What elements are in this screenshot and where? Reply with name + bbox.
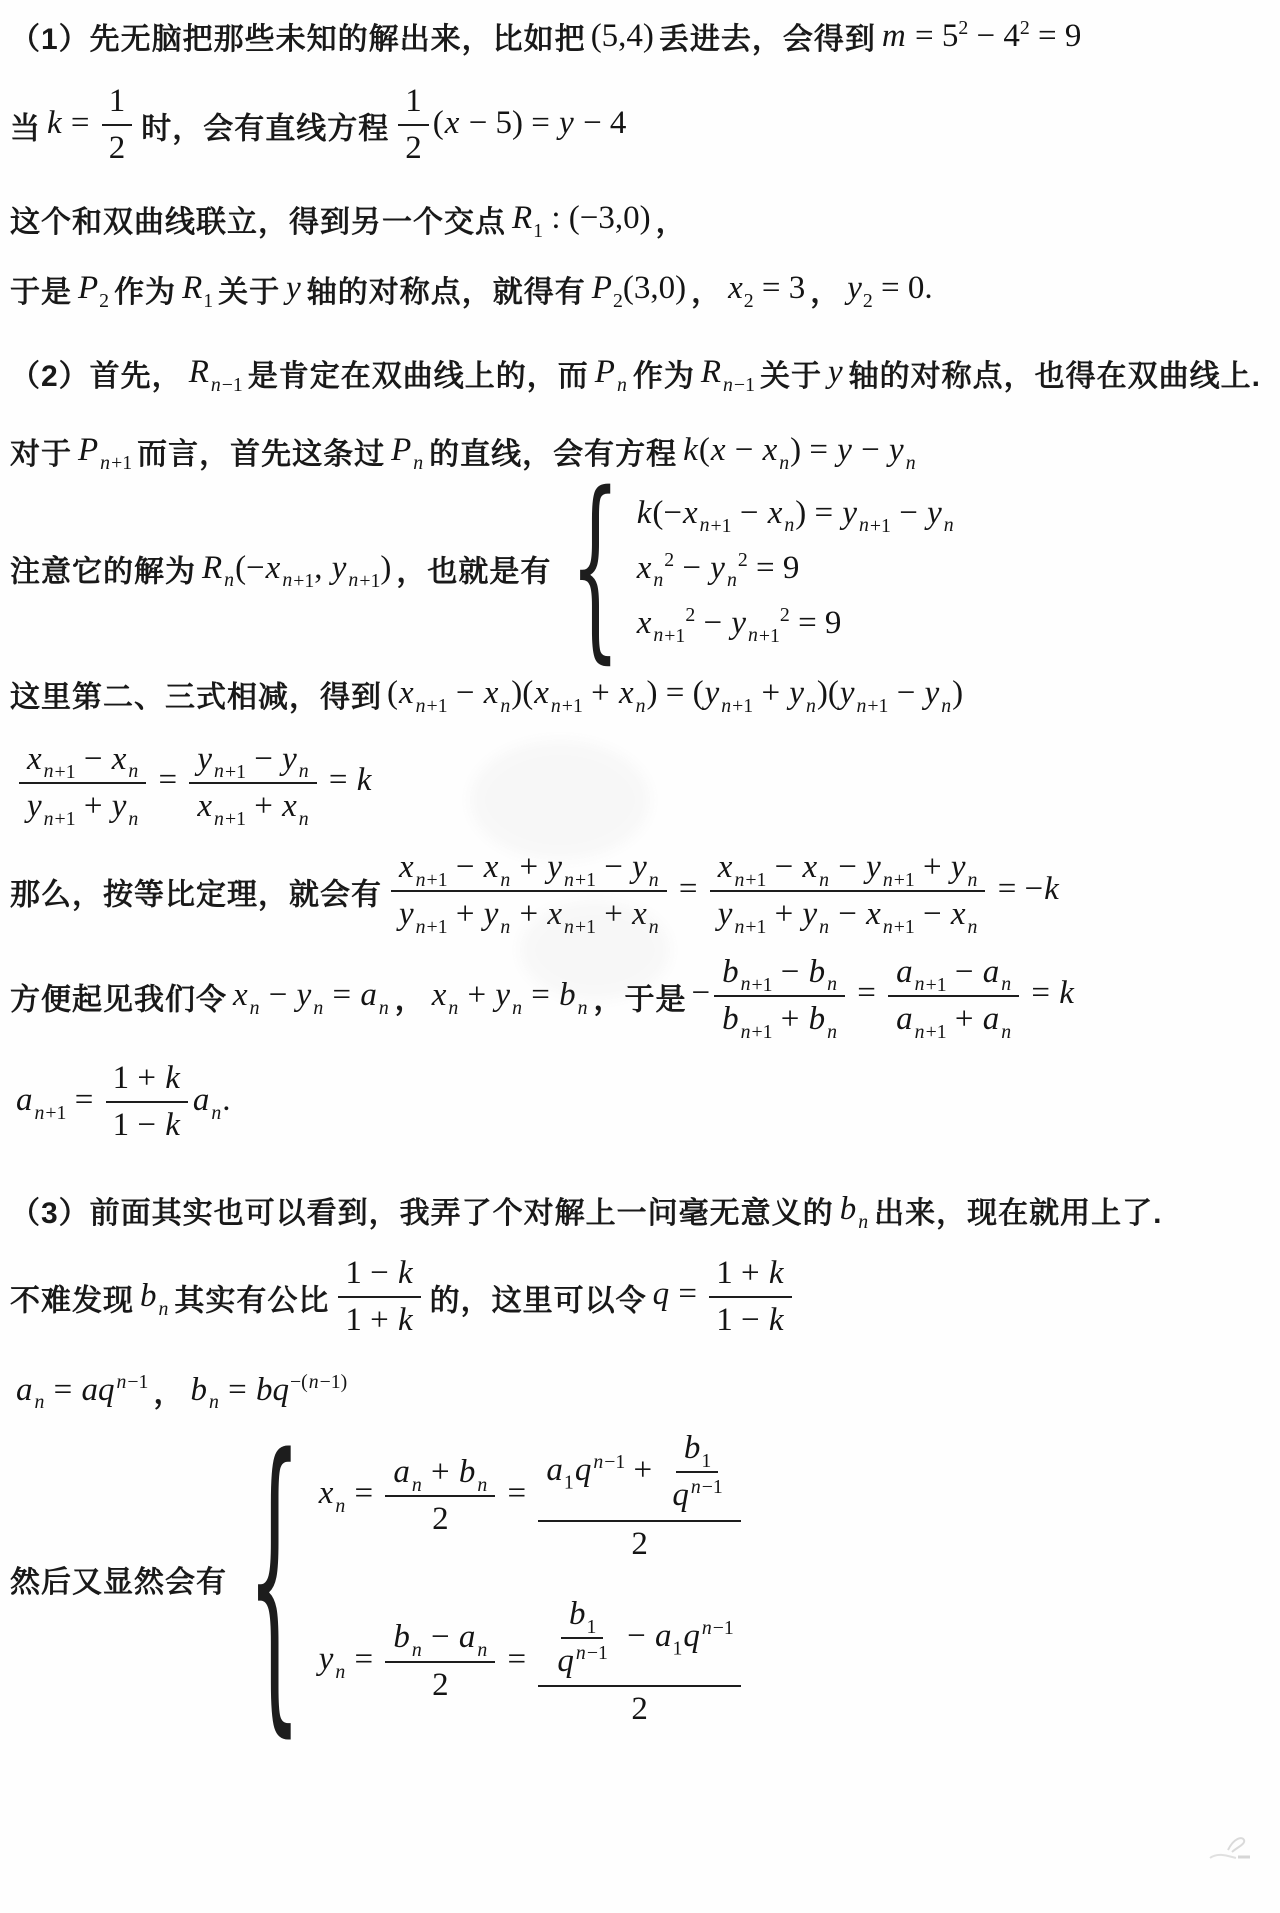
line-general-terms: an = aqn−1，bn = bq−(n−1): [10, 1368, 1266, 1412]
math-expression: x2 = 3: [727, 270, 805, 306]
left-brace-icon: [247, 1435, 301, 1722]
math-expression: 12(x − 5) = y − 4: [394, 105, 626, 141]
text-run: 当: [10, 112, 41, 145]
text-run: 而言，首先这条过: [137, 438, 385, 471]
text-run: 这里第二、三式相减，得到: [10, 681, 382, 714]
text-run: ，: [691, 276, 722, 309]
text-run: 作为: [633, 360, 695, 393]
left-brace-icon: [571, 479, 621, 657]
faint-watermark-blob: [520, 900, 670, 1000]
math-expression: m = 52 − 42 = 9: [881, 18, 1082, 54]
text-run: 是肯定在双曲线上的，而: [248, 360, 589, 393]
math-expression: Pn: [594, 354, 628, 390]
line-slope-equation: 当k = 12时，会有直线方程12(x − 5) = y − 4: [10, 80, 1266, 171]
math-expression: q = 1 + k1 − k: [652, 1276, 796, 1312]
text-run: 这个和双曲线联立，得到另一个交点: [10, 206, 506, 239]
text-run: 于是: [10, 276, 72, 309]
text-run: （1）先无脑把那些未知的解出来，比如把: [10, 23, 586, 56]
math-expression: an = aqn−1: [15, 1372, 148, 1408]
text-run: 方便起见我们令: [10, 983, 227, 1016]
line-equation-system: 注意它的解为Rn(−xn+1, yn+1)，也就是有k(−xn+1 − xn) …: [10, 495, 1266, 642]
equation-system: xn = an + bn2 = a1qn−1 + b1qn−12yn = bn …: [233, 1426, 745, 1732]
text-run: （3）前面其实也可以看到，我弄了个对解上一问毫无意义的: [10, 1197, 834, 1230]
text-run: ，: [153, 1377, 184, 1410]
text-run: 的直线，会有方程: [429, 438, 677, 471]
math-expression: xn − yn = an: [232, 977, 390, 1013]
math-expression: k(x − xn) = y − yn: [682, 432, 916, 468]
equation-system: k(−xn+1 − xn) = yn+1 − ynxn2 − yn2 = 9xn…: [557, 495, 954, 642]
text-run: 时，会有直线方程: [141, 112, 389, 145]
text-run: 那么，按等比定理，就会有: [10, 878, 382, 911]
math-expression: Rn(−xn+1, yn+1): [201, 550, 391, 586]
line-part1-intro: （1）先无脑把那些未知的解出来，比如把(5,4)丢进去，会得到m = 52 − …: [10, 14, 1266, 58]
math-expression: Pn: [390, 432, 424, 468]
line-final-system: 然后又显然会有xn = an + bn2 = a1qn−1 + b1qn−12y…: [10, 1426, 1266, 1732]
math-expression: xn+1 − xn + yn+1 − ynyn+1 + yn + xn+1 + …: [387, 871, 1060, 907]
math-expression: k = 12: [46, 105, 136, 141]
watermark-scribble: [1198, 1828, 1258, 1868]
text-run: 轴的对称点，也得在双曲线上.: [849, 360, 1261, 393]
text-run: 作为: [114, 276, 176, 309]
math-expression: y2 = 0.: [846, 270, 932, 306]
text-run: ，: [810, 276, 841, 309]
math-equation: xn2 − yn2 = 9: [636, 550, 955, 587]
math-expression: bn: [839, 1191, 869, 1227]
math-expression: Rn−1: [700, 354, 755, 390]
text-run: 其实有公比: [174, 1284, 329, 1317]
math-expression: P2(3,0): [591, 270, 686, 306]
line-subtract-equations: 这里第二、三式相减，得到(xn+1 − xn)(xn+1 + xn) = (yn…: [10, 672, 1266, 716]
math-expression: Pn+1: [77, 432, 132, 468]
math-expression: bn: [139, 1278, 169, 1314]
math-equation: xn = an + bn2 = a1qn−1 + b1qn−12: [318, 1426, 745, 1566]
line-symmetric-point: 于是P2作为R1关于y轴的对称点，就得有P2(3,0)，x2 = 3，y2 = …: [10, 267, 1266, 311]
math-equation: xn+12 − yn+12 = 9: [636, 605, 955, 642]
math-expression: 1 − k1 + k: [334, 1276, 424, 1312]
text-run: ，也就是有: [396, 555, 551, 588]
text-run: 不难发现: [10, 1284, 134, 1317]
text-run: ，: [656, 206, 687, 239]
math-expression: R1: [181, 270, 213, 306]
math-equation: an+1 = 1 + k1 − kan.: [15, 1082, 230, 1118]
text-run: 轴的对称点，就得有: [307, 276, 586, 309]
math-expression: R1 : (−3,0): [511, 200, 651, 236]
math-expression: (5,4): [591, 18, 654, 54]
math-expression: y: [827, 354, 844, 390]
math-expression: −bn+1 − bnbn+1 + bn = an+1 − anan+1 + an…: [691, 975, 1074, 1011]
line-part2-intro: （2）首先，Rn−1是肯定在双曲线上的，而Pn作为Rn−1关于y轴的对称点，也得…: [10, 351, 1266, 395]
text-run: 注意它的解为: [10, 555, 196, 588]
line-recurrence: an+1 = 1 + k1 − kan.: [10, 1057, 1266, 1148]
line-line-equation: 对于Pn+1而言，首先这条过Pn的直线，会有方程k(x − xn) = y − …: [10, 429, 1266, 473]
text-run: 然后又显然会有: [10, 1566, 227, 1599]
text-run: 出来，现在就用上了.: [874, 1197, 1162, 1230]
math-equation: k(−xn+1 − xn) = yn+1 − yn: [636, 495, 955, 532]
line-intersection-point: 这个和双曲线联立，得到另一个交点R1 : (−3,0)，: [10, 197, 1266, 241]
faint-watermark-blob: [470, 740, 650, 860]
math-equation: yn = bn − an2 = b1qn−1 − a1qn−12: [318, 1592, 745, 1732]
math-expression: y: [285, 270, 302, 306]
math-solution-document: （1）先无脑把那些未知的解出来，比如把(5,4)丢进去，会得到m = 52 − …: [0, 0, 1280, 1913]
math-expression: (xn+1 − xn)(xn+1 + xn) = (yn+1 + yn)(yn+…: [387, 675, 963, 711]
text-run: ，: [395, 983, 426, 1016]
text-run: 对于: [10, 438, 72, 471]
line-part3-intro: （3）前面其实也可以看到，我弄了个对解上一问毫无意义的bn出来，现在就用上了.: [10, 1188, 1266, 1232]
line-common-ratio: 不难发现bn其实有公比1 − k1 + k的，这里可以令q = 1 + k1 −…: [10, 1252, 1266, 1343]
math-expression: Rn−1: [188, 354, 243, 390]
text-run: 的，这里可以令: [430, 1284, 647, 1317]
math-equation: xn+1 − xnyn+1 + yn = yn+1 − ynxn+1 + xn …: [15, 762, 372, 798]
math-expression: P2: [77, 270, 109, 306]
text-run: 关于: [760, 360, 822, 393]
text-run: 关于: [218, 276, 280, 309]
text-run: （2）首先，: [10, 360, 183, 393]
text-run: 丢进去，会得到: [659, 23, 876, 56]
